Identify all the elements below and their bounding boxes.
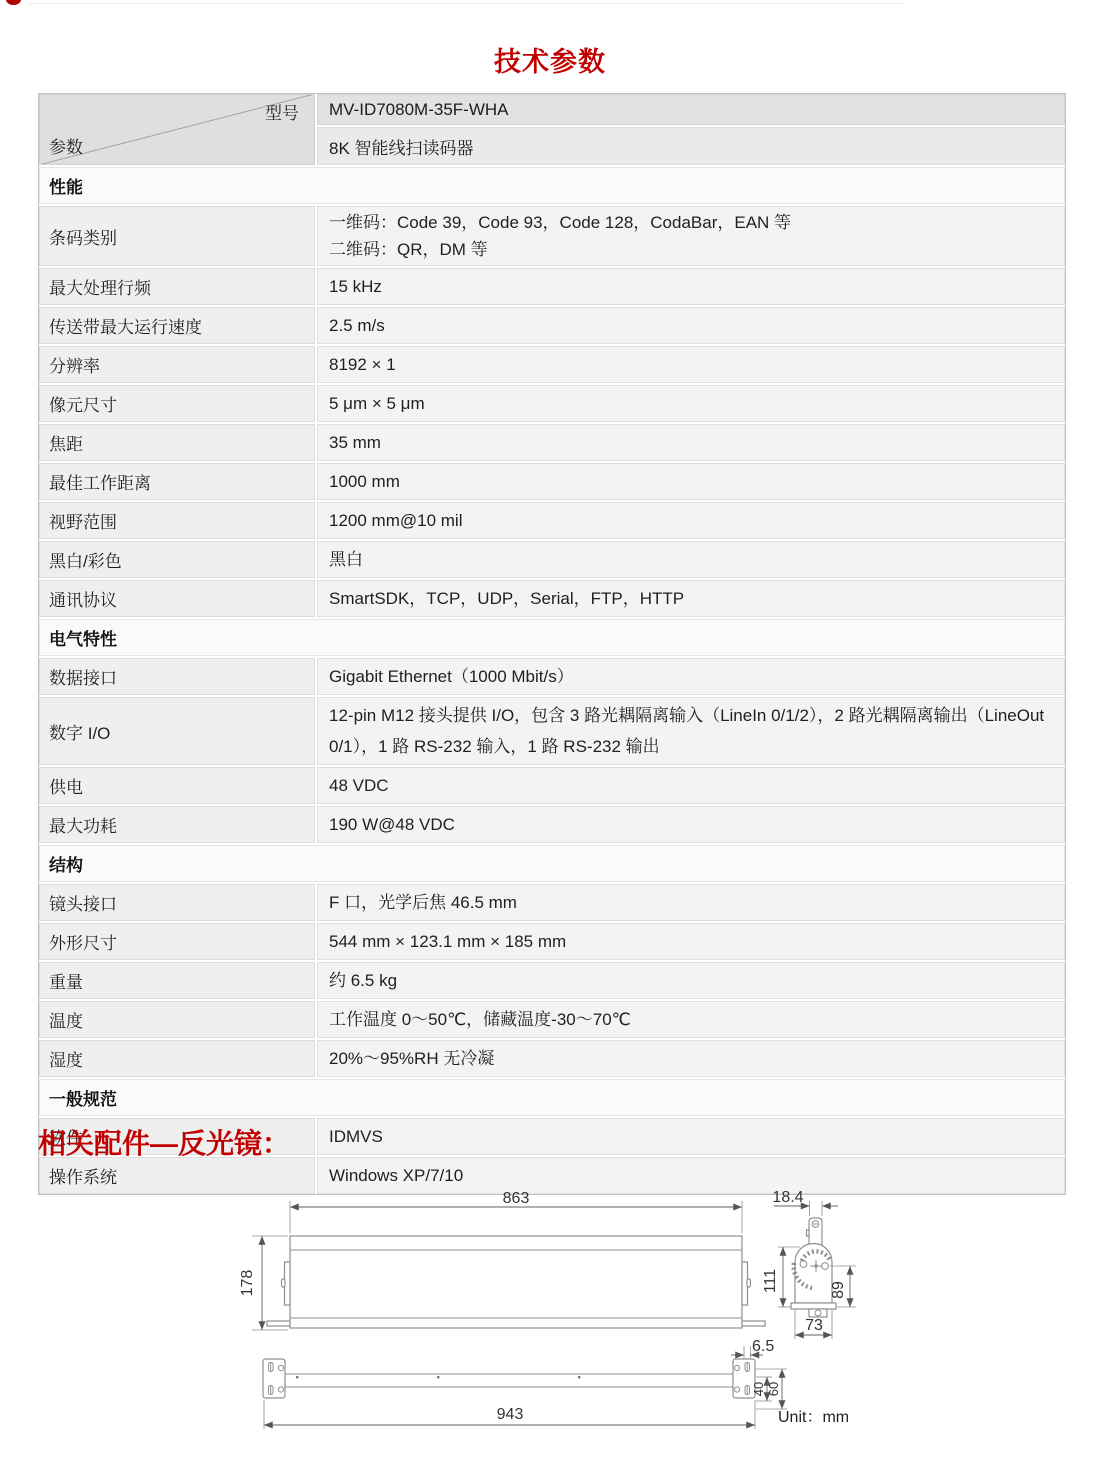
spec-value-line: 二维码：QR，DM 等 — [329, 236, 488, 263]
side-arm — [809, 1218, 822, 1247]
front-width-dim: 863 — [503, 1190, 530, 1207]
spec-row-value: 1000 mm — [317, 463, 1065, 500]
front-left-foot — [267, 1321, 290, 1326]
spec-row-value: IDMVS — [317, 1118, 1065, 1155]
bottom-outer-dim: 60 — [766, 1382, 781, 1396]
spec-row-label: 最大功耗 — [39, 806, 315, 843]
spec-row-label: 重量 — [39, 962, 315, 999]
spec-section-header: 结构 — [39, 845, 1065, 882]
spec-row-label: 焦距 — [39, 424, 315, 461]
header-model-name: MV-ID7080M-35F-WHA — [317, 94, 1065, 125]
logo-dot-icon — [6, 0, 21, 5]
front-height-dim: 178 — [239, 1270, 256, 1297]
spec-row-label: 温度 — [39, 1001, 315, 1038]
unit-label: Unit：mm — [778, 1409, 849, 1426]
spec-row-label: 像元尺寸 — [39, 385, 315, 422]
spec-row-value: 8192 × 1 — [317, 346, 1065, 383]
bottom-inner-dim: 40 — [751, 1382, 766, 1396]
spec-row-label: 外形尺寸 — [39, 923, 315, 960]
spec-row-label: 供电 — [39, 767, 315, 804]
side-inner-height-dim: 89 — [830, 1281, 847, 1299]
spec-row-value: SmartSDK，TCP，UDP，Serial，FTP，HTTP — [317, 580, 1065, 617]
spec-row-value: F 口，光学后焦 46.5 mm — [317, 884, 1065, 921]
bottom-view: 6.5 40 60 943 — [263, 1338, 787, 1429]
spec-row-value: 48 VDC — [317, 767, 1065, 804]
bottom-thickness-dim: 6.5 — [752, 1338, 774, 1355]
spec-row-value: Gigabit Ethernet（1000 Mbit/s） — [317, 658, 1065, 695]
spec-row-value: 15 kHz — [317, 268, 1065, 305]
accessory-heading: 相关配件—反光镜： — [38, 1122, 290, 1162]
side-width-dim: 73 — [805, 1317, 823, 1334]
spec-table-body: 性能条码类别一维码：Code 39，Code 93，Code 128，CodaB… — [39, 167, 1065, 1194]
spec-row-label: 数据接口 — [39, 658, 315, 695]
spec-row-label: 镜头接口 — [39, 884, 315, 921]
spec-row-value: 1200 mm@10 mil — [317, 502, 1065, 539]
side-base — [791, 1303, 836, 1309]
spec-row-value: 12-pin M12 接头提供 I/O，包含 3 路光耦隔离输入（LineIn … — [317, 697, 1065, 765]
spec-section-header: 电气特性 — [39, 619, 1065, 656]
spec-row-value: 544 mm × 123.1 mm × 185 mm — [317, 923, 1065, 960]
spec-row-label: 传送带最大运行速度 — [39, 307, 315, 344]
spec-row-label: 黑白/彩色 — [39, 541, 315, 578]
spec-row-value: 190 W@48 VDC — [317, 806, 1065, 843]
spec-section-header: 一般规范 — [39, 1079, 1065, 1116]
spec-row-label: 分辨率 — [39, 346, 315, 383]
side-view: 18.4 111 89 73 — [762, 1189, 856, 1339]
spec-row-value: 一维码：Code 39，Code 93，Code 128，CodaBar，EAN… — [317, 206, 1065, 266]
spec-row-value: 35 mm — [317, 424, 1065, 461]
top-divider — [28, 3, 903, 4]
spec-row-label: 数字 I/O — [39, 697, 315, 765]
front-right-foot — [742, 1321, 765, 1326]
spec-row-label: 最佳工作距离 — [39, 463, 315, 500]
corner-parameter-label: 参数 — [49, 133, 83, 158]
page-title: 技术参数 — [0, 40, 1100, 79]
spec-row-label: 最大处理行频 — [39, 268, 315, 305]
spec-row-value: 工作温度 0～50℃，储藏温度-30～70℃ — [317, 1001, 1065, 1038]
corner-model-label: 型号 — [265, 99, 299, 124]
spec-row-label: 湿度 — [39, 1040, 315, 1077]
spec-row-label: 通讯协议 — [39, 580, 315, 617]
front-view: 863 178 — [239, 1190, 765, 1330]
spec-row-value: 约 6.5 kg — [317, 962, 1065, 999]
datasheet-page: 技术参数 型号 参数 MV-ID7080M-35F-WHA 8K 智能线扫读码器… — [0, 0, 1100, 1465]
spec-row-label: 视野范围 — [39, 502, 315, 539]
spec-table-header: 型号 参数 MV-ID7080M-35F-WHA 8K 智能线扫读码器 — [39, 94, 1065, 165]
bottom-length-dim: 943 — [497, 1406, 524, 1423]
spec-row-value: 20%～95%RH 无冷凝 — [317, 1040, 1065, 1077]
spec-row-value: 黑白 — [317, 541, 1065, 578]
spec-value-line: 一维码：Code 39，Code 93，Code 128，CodaBar，EAN… — [329, 209, 791, 236]
spec-row-value: 5 μm × 5 μm — [317, 385, 1065, 422]
spec-row-label: 条码类别 — [39, 206, 315, 266]
header-corner-cell: 型号 参数 — [39, 94, 315, 165]
spec-row-value: 2.5 m/s — [317, 307, 1065, 344]
side-height-dim: 111 — [762, 1269, 779, 1293]
reflector-dimension-drawing: 863 178 — [0, 1180, 1100, 1465]
spec-table: 型号 参数 MV-ID7080M-35F-WHA 8K 智能线扫读码器 性能条码… — [38, 93, 1066, 1195]
header-model-type: 8K 智能线扫读码器 — [317, 127, 1065, 165]
spec-section-header: 性能 — [39, 167, 1065, 204]
side-top-width-dim: 18.4 — [772, 1189, 803, 1206]
